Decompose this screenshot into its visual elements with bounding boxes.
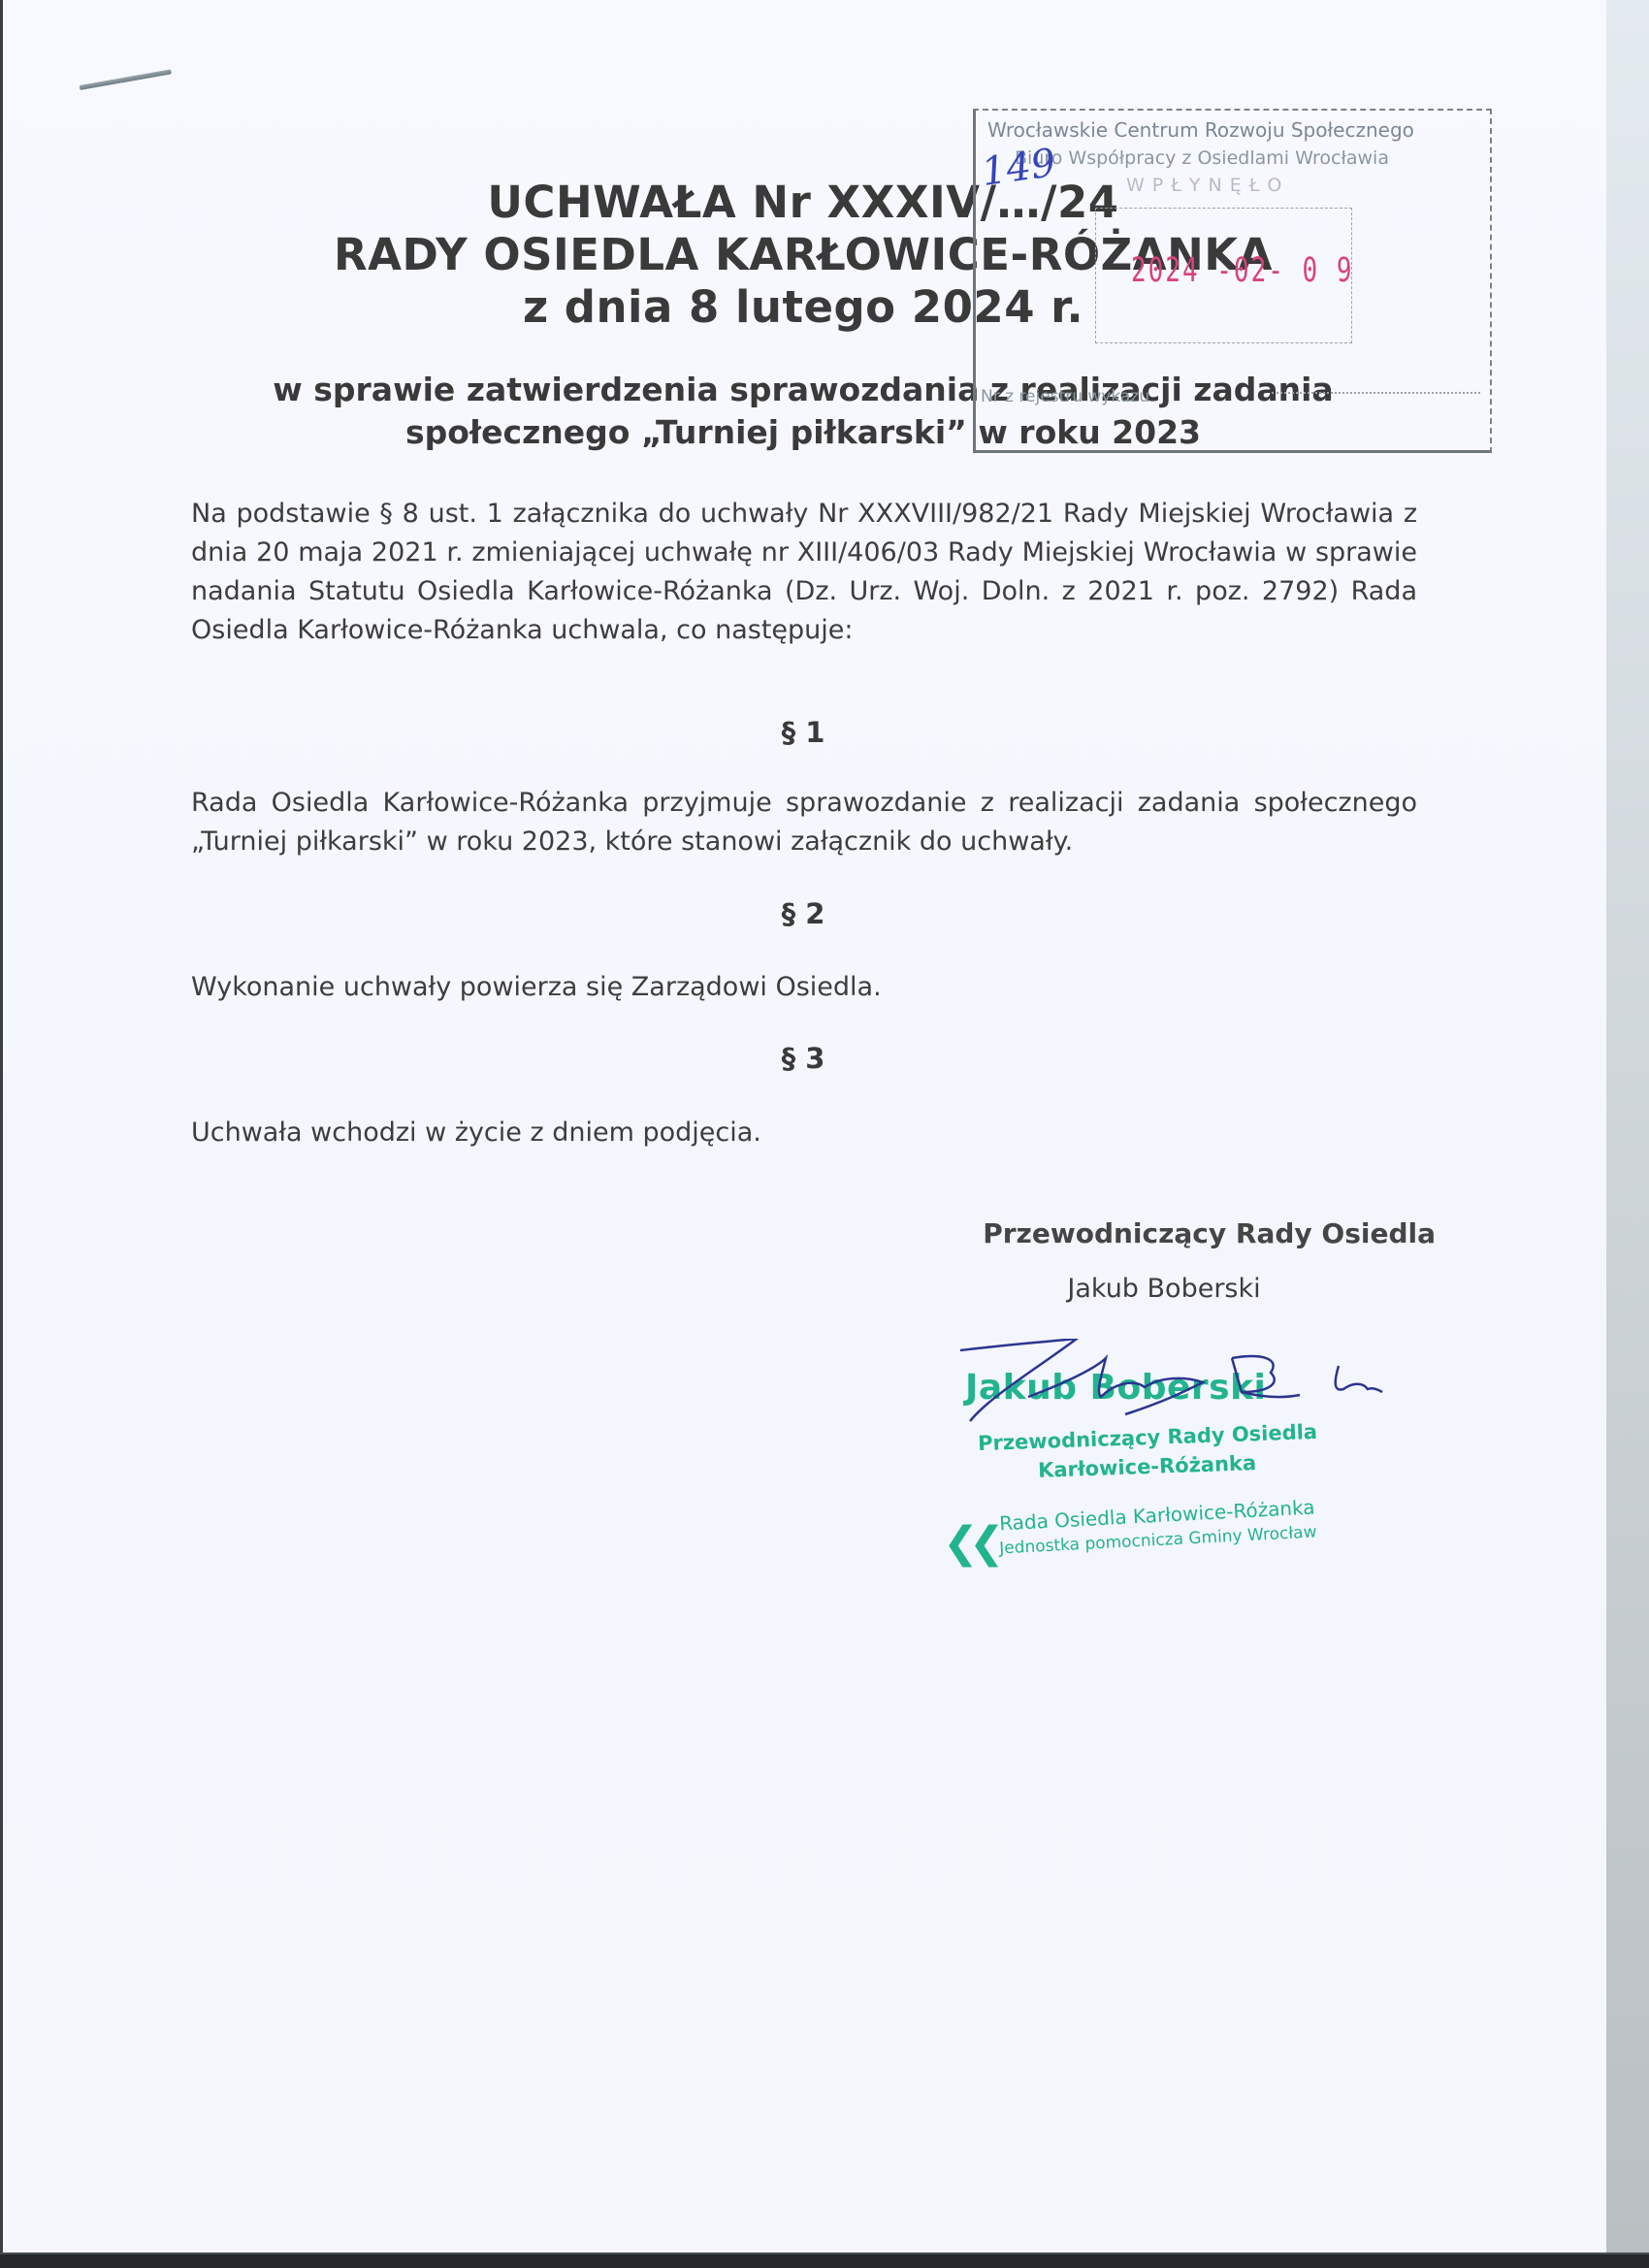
stamp-role: Przewodniczący Rady Osiedla <box>978 1420 1318 1455</box>
stamp-line-1: Wrocławskie Centrum Rozwoju Społecznego <box>987 118 1414 142</box>
scanner-right-margin <box>1606 0 1649 2252</box>
signatory-name: Jakub Boberski <box>970 1274 1358 1304</box>
stamp-line-3: WPŁYNĘŁO <box>1126 175 1289 196</box>
section-mark-3: § 3 <box>0 1042 1606 1075</box>
stamp-place: Karłowice-Różanka <box>1038 1451 1257 1482</box>
stamp-line-2: Biuro Współpracy z Osiedlami Wrocławia <box>1015 147 1389 169</box>
section-2-text: Wykonanie uchwały powierza się Zarządowi… <box>191 968 1417 1007</box>
stamp-name: Jakub Boberski <box>965 1368 1266 1408</box>
section-3-text: Uchwała wchodzi w życie z dniem podjęcia… <box>191 1114 1417 1152</box>
scanned-page: UCHWAŁA Nr XXXIV/…/24 RADY OSIEDLA KARŁO… <box>0 0 1606 2252</box>
preamble-paragraph: Na podstawie § 8 ust. 1 załącznika do uc… <box>191 495 1417 650</box>
signatory-title: Przewodniczący Rady Osiedla <box>873 1217 1436 1249</box>
section-1-text: Rada Osiedla Karłowice-Różanka przyjmuje… <box>191 784 1417 861</box>
section-mark-2: § 2 <box>0 897 1606 930</box>
stamp-date: 2024 -02- 0 9 <box>1131 251 1354 291</box>
stamp-dotted-line <box>1272 392 1480 394</box>
chairman-stamp: Jakub Boberski Przewodniczący Rady Osied… <box>931 1348 1397 1542</box>
section-mark-1: § 1 <box>0 716 1606 749</box>
scanner-bottom-margin <box>0 2252 1649 2268</box>
page-left-edge <box>0 0 3 2252</box>
council-logo-icon: ❮❮ <box>943 1518 995 1568</box>
staple-mark <box>80 69 172 90</box>
stamp-register-label: Nr z rejestru wykazu <box>981 387 1149 406</box>
